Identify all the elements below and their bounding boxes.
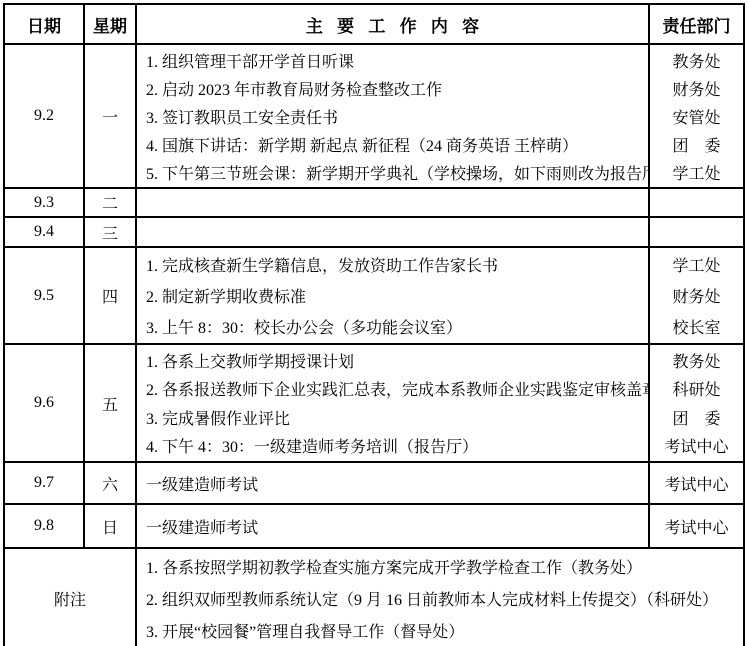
department-line: 教务处 bbox=[650, 46, 743, 74]
department-line: 安管处 bbox=[650, 102, 743, 130]
content-line: 2. 制定新学期收费标准 bbox=[137, 280, 648, 311]
content-line: 2. 启动 2023 年市教育局财务检查整改工作 bbox=[137, 74, 648, 102]
department-line: 教务处 bbox=[650, 346, 743, 375]
header-cell-content: 主 要 工 作 内 容 bbox=[136, 4, 649, 44]
date-cell: 9.3 bbox=[4, 188, 84, 217]
content-lines: 1. 组织管理干部开学首日听课 2. 启动 2023 年市教育局财务检查整改工作… bbox=[137, 45, 648, 187]
weekday-cell: 二 bbox=[84, 188, 136, 217]
content-line: 3. 完成暑假作业评比 bbox=[137, 403, 648, 432]
table-row-note: 附注 1. 各系按照学期初教学检查实施方案完成开学教学检查工作（教务处） 2. … bbox=[4, 548, 744, 646]
weekday-cell: 三 bbox=[84, 217, 136, 247]
content-line: 3. 上午 8：30：校长办公会（多功能会议室） bbox=[137, 311, 648, 342]
content-line: 4. 国旗下讲话：新学期 新起点 新征程（24 商务英语 王梓萌） bbox=[137, 130, 648, 158]
date-cell: 9.5 bbox=[4, 247, 84, 344]
department-lines: 教务处 科研处 团 委 考试中心 bbox=[650, 345, 743, 461]
department-line: 学工处 bbox=[650, 249, 743, 280]
content-line: 4. 下午 4：30：一级建造师考务培训（报告厅） bbox=[137, 432, 648, 461]
table-header-row: 日期 星期 主 要 工 作 内 容 责任部门 bbox=[4, 4, 744, 44]
table-row-9-5: 9.5 四 1. 完成核查新生学籍信息，发放资助工作告家长书 2. 制定新学期收… bbox=[4, 247, 744, 344]
content-line: 3. 签订教职员工安全责任书 bbox=[137, 102, 648, 130]
date-cell: 9.2 bbox=[4, 44, 84, 188]
note-line: 3. 开展“校园餐”管理自我督导工作（督导处） bbox=[137, 614, 743, 646]
content-cell bbox=[136, 188, 649, 217]
date-cell: 9.8 bbox=[4, 504, 84, 548]
content-cell: 一级建造师考试 bbox=[136, 462, 649, 504]
content-cell bbox=[136, 217, 649, 247]
weekday-cell: 四 bbox=[84, 247, 136, 344]
content-cell: 1. 完成核查新生学籍信息，发放资助工作告家长书 2. 制定新学期收费标准 3.… bbox=[136, 247, 649, 344]
content-cell: 一级建造师考试 bbox=[136, 504, 649, 548]
department-line: 财务处 bbox=[650, 74, 743, 102]
content-line: 5. 下午第三节班会课：新学期开学典礼（学校操场，如下雨则改为报告厅） bbox=[137, 158, 648, 186]
department-lines: 学工处 财务处 校长室 bbox=[650, 248, 743, 343]
schedule-page: 日期 星期 主 要 工 作 内 容 责任部门 9.2 一 1. 组织管理干部开学… bbox=[0, 0, 748, 646]
note-label-cell: 附注 bbox=[4, 548, 136, 646]
table-row-9-2: 9.2 一 1. 组织管理干部开学首日听课 2. 启动 2023 年市教育局财务… bbox=[4, 44, 744, 188]
department-line: 校长室 bbox=[650, 311, 743, 342]
content-line: 1. 组织管理干部开学首日听课 bbox=[137, 46, 648, 74]
department-line: 考试中心 bbox=[650, 432, 743, 461]
header-cell-date: 日期 bbox=[4, 4, 84, 44]
weekday-cell: 五 bbox=[84, 344, 136, 462]
department-cell: 教务处 财务处 安管处 团 委 学工处 bbox=[649, 44, 744, 188]
table-row-9-7: 9.7 六 一级建造师考试 考试中心 bbox=[4, 462, 744, 504]
date-cell: 9.4 bbox=[4, 217, 84, 247]
weekday-cell: 日 bbox=[84, 504, 136, 548]
department-line: 团 委 bbox=[650, 130, 743, 158]
content-line: 2. 各系报送教师下企业实践汇总表，完成本系教师企业实践鉴定审核盖章 bbox=[137, 375, 648, 404]
note-line: 1. 各系按照学期初教学检查实施方案完成开学教学检查工作（教务处） bbox=[137, 550, 743, 582]
department-cell bbox=[649, 188, 744, 217]
department-lines: 教务处 财务处 安管处 团 委 学工处 bbox=[650, 45, 743, 187]
department-cell: 学工处 财务处 校长室 bbox=[649, 247, 744, 344]
content-lines: 1. 各系上交教师学期授课计划 2. 各系报送教师下企业实践汇总表，完成本系教师… bbox=[137, 345, 648, 461]
date-cell: 9.7 bbox=[4, 462, 84, 504]
header-cell-department: 责任部门 bbox=[649, 4, 744, 44]
table-row-9-6: 9.6 五 1. 各系上交教师学期授课计划 2. 各系报送教师下企业实践汇总表，… bbox=[4, 344, 744, 462]
header-cell-weekday: 星期 bbox=[84, 4, 136, 44]
table-row-9-8: 9.8 日 一级建造师考试 考试中心 bbox=[4, 504, 744, 548]
content-line: 1. 各系上交教师学期授课计划 bbox=[137, 346, 648, 375]
department-cell: 考试中心 bbox=[649, 504, 744, 548]
table-row-9-4: 9.4 三 bbox=[4, 217, 744, 247]
date-cell: 9.6 bbox=[4, 344, 84, 462]
department-line: 财务处 bbox=[650, 280, 743, 311]
note-content-cell: 1. 各系按照学期初教学检查实施方案完成开学教学检查工作（教务处） 2. 组织双… bbox=[136, 548, 744, 646]
note-lines: 1. 各系按照学期初教学检查实施方案完成开学教学检查工作（教务处） 2. 组织双… bbox=[137, 549, 743, 646]
department-line: 团 委 bbox=[650, 403, 743, 432]
department-line: 科研处 bbox=[650, 375, 743, 404]
department-cell bbox=[649, 217, 744, 247]
department-line: 学工处 bbox=[650, 158, 743, 186]
department-cell: 考试中心 bbox=[649, 462, 744, 504]
content-cell: 1. 组织管理干部开学首日听课 2. 启动 2023 年市教育局财务检查整改工作… bbox=[136, 44, 649, 188]
weekday-cell: 一 bbox=[84, 44, 136, 188]
content-cell: 1. 各系上交教师学期授课计划 2. 各系报送教师下企业实践汇总表，完成本系教师… bbox=[136, 344, 649, 462]
note-line: 2. 组织双师型教师系统认定（9 月 16 日前教师本人完成材料上传提交）（科研… bbox=[137, 582, 743, 614]
work-schedule-table: 日期 星期 主 要 工 作 内 容 责任部门 9.2 一 1. 组织管理干部开学… bbox=[3, 3, 745, 646]
department-cell: 教务处 科研处 团 委 考试中心 bbox=[649, 344, 744, 462]
table-row-9-3: 9.3 二 bbox=[4, 188, 744, 217]
content-lines: 1. 完成核查新生学籍信息，发放资助工作告家长书 2. 制定新学期收费标准 3.… bbox=[137, 248, 648, 343]
weekday-cell: 六 bbox=[84, 462, 136, 504]
content-line: 1. 完成核查新生学籍信息，发放资助工作告家长书 bbox=[137, 249, 648, 280]
